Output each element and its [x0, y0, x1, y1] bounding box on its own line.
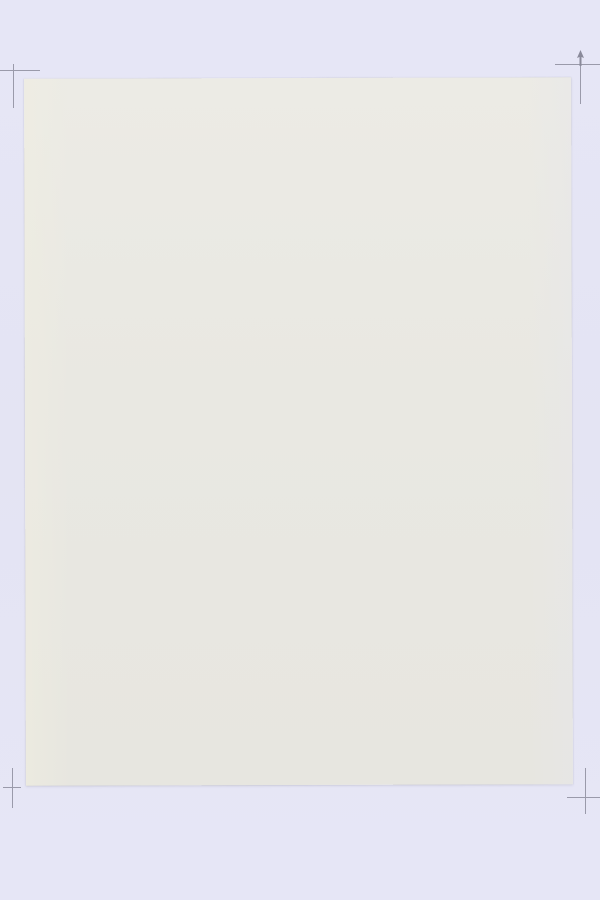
photo-background: { "scene": { "description": "Photograph …	[0, 0, 600, 900]
handwriting	[0, 0, 600, 900]
